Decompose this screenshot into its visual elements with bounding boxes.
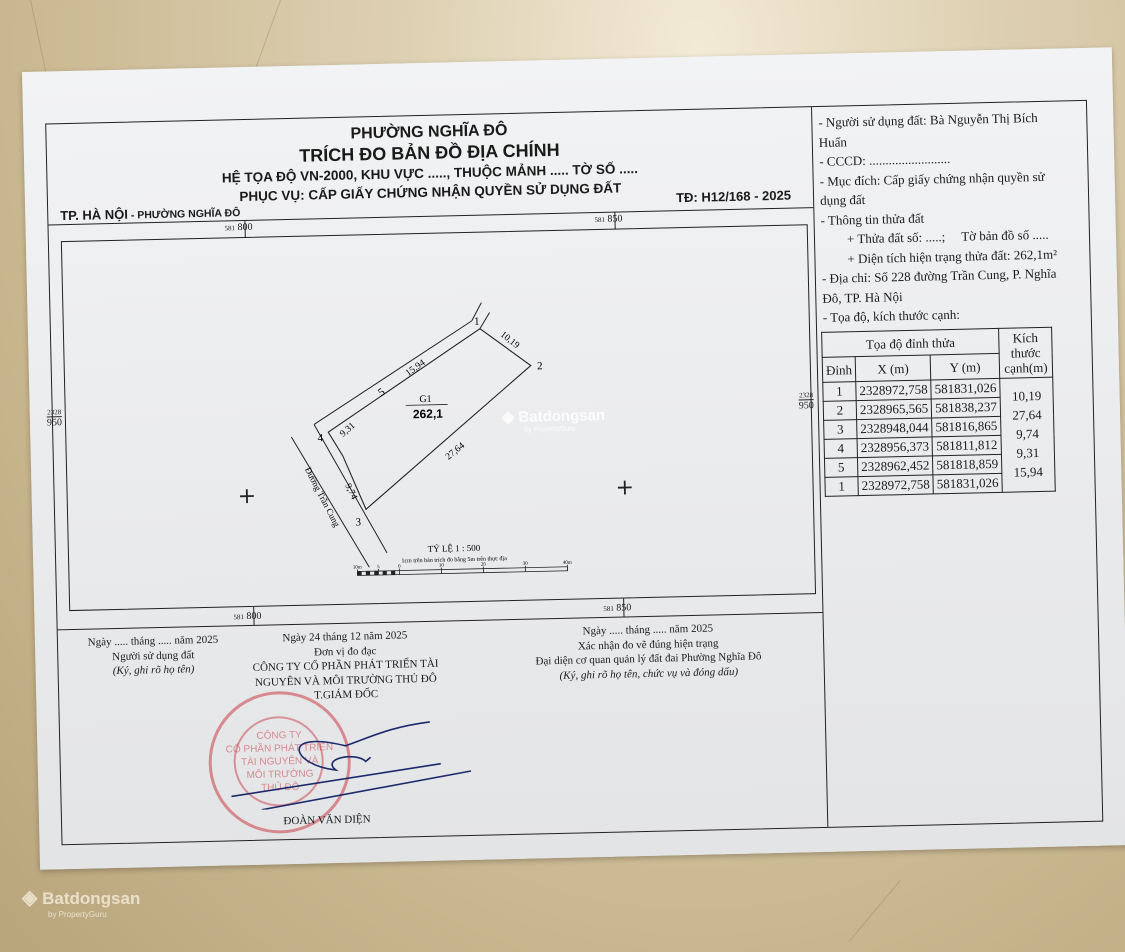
y-cell: 581818,859	[933, 454, 1002, 475]
grid-label-bottom-right: 581 850	[603, 602, 631, 614]
svg-text:0: 0	[398, 565, 401, 570]
svg-text:30: 30	[523, 562, 529, 567]
y-cell: 581831,026	[931, 378, 1000, 399]
vertex-cell: 2	[823, 401, 856, 421]
x-cell: 2328965,565	[856, 399, 932, 420]
surveyor-name: ĐOÀN VĂN DIỆN	[252, 812, 402, 830]
watermark-logo-icon: ◈	[22, 887, 37, 909]
table-row: 12328972,758581831,02610,1927,649,749,31…	[823, 377, 1053, 401]
grid-label-top-left: 581 800	[224, 222, 252, 234]
svg-text:10m: 10m	[353, 565, 362, 570]
grid-label-right: 2328950	[798, 391, 813, 411]
svg-text:262,1: 262,1	[413, 407, 444, 422]
x-cell: 2328972,758	[856, 380, 932, 401]
owner-sign-note: (Ký, ghi rõ họ tên)	[68, 661, 238, 679]
svg-text:15,94: 15,94	[404, 358, 427, 379]
col-y: Y (m)	[930, 353, 999, 380]
vertex-cell: 1	[825, 477, 858, 497]
svg-text:G1: G1	[419, 394, 431, 405]
svg-text:27,64: 27,64	[444, 441, 467, 462]
svg-text:1cm trên bản trích đo bằng 5m: 1cm trên bản trích đo bằng 5m trên thực …	[401, 555, 507, 564]
location-city: TP. HÀ NỘI	[60, 207, 128, 224]
svg-text:Đường Trần Cung: Đường Trần Cung	[303, 466, 342, 529]
vertex-label: 2	[537, 360, 543, 372]
parcel-info-panel: - Người sử dụng đất: Bà Nguyễn Thị Bích …	[818, 107, 1085, 327]
vertex-label: 1	[474, 316, 480, 328]
watermark-center: ◈ Batdongsan by PropertyGuru	[502, 405, 606, 434]
location-ward: - PHƯỜNG NGHĨA ĐÔ	[128, 207, 241, 222]
document-number: TĐ: H12/168 - 2025	[676, 188, 791, 206]
vertex-cell: 3	[824, 420, 857, 440]
x-cell: 2328962,452	[857, 456, 933, 477]
vertex-label: 3	[355, 516, 361, 528]
signature-scribble	[220, 715, 482, 811]
grid-label-left: 2328950	[47, 408, 62, 428]
vertex-label: 4	[318, 432, 324, 444]
marble-vein	[849, 880, 901, 942]
vertex-coordinate-table: Tọa độ đỉnh thửa Kích thước cạnh(m) Đỉnh…	[821, 327, 1056, 497]
x-cell: 2328948,044	[857, 418, 933, 439]
authority-signature-block: Ngày ..... tháng ..... năm 2025 Xác nhận…	[488, 619, 809, 684]
edge-length-cell: 10,1927,649,749,3115,94	[1000, 377, 1056, 492]
owner-signature-block: Ngày ..... tháng ..... năm 2025 Người sử…	[68, 632, 239, 679]
svg-text:5: 5	[377, 565, 380, 570]
map-frame: + + 1 2 3 4 5 10,19 27,64	[61, 224, 816, 611]
watermark-corner: ◈ Batdongsan by PropertyGuru	[22, 885, 140, 919]
y-cell: 581838,237	[931, 397, 1000, 418]
x-cell: 2328956,373	[857, 437, 933, 458]
svg-text:10,19: 10,19	[498, 330, 521, 351]
svg-text:40m: 40m	[563, 561, 572, 566]
vertex-cell: 1	[823, 382, 856, 402]
svg-text:20: 20	[481, 563, 487, 568]
x-cell: 2328972,758	[858, 475, 934, 496]
y-cell: 581816,865	[932, 416, 1001, 437]
document-header: PHƯỜNG NGHĨA ĐÔ TRÍCH ĐO BẢN ĐỒ ĐỊA CHÍN…	[46, 107, 813, 222]
vertex-cell: 4	[824, 439, 857, 459]
vertex-cell: 5	[824, 458, 857, 478]
grid-label-top-right: 581 850	[594, 213, 622, 225]
svg-text:TỶ LỆ 1 : 500: TỶ LỆ 1 : 500	[428, 543, 481, 554]
edge-length-header: Kích thước cạnh(m)	[999, 327, 1053, 378]
y-cell: 581831,026	[933, 473, 1002, 494]
svg-text:10: 10	[439, 564, 445, 569]
watermark-logo-icon: ◈	[502, 409, 515, 426]
cadastral-extract-sheet: PHƯỜNG NGHĨA ĐÔ TRÍCH ĐO BẢN ĐỒ ĐỊA CHÍN…	[22, 47, 1125, 870]
col-vertex: Đỉnh	[822, 357, 856, 383]
parcel-drawing: 1 2 3 4 5 10,19 27,64 9,74 9,31 15,94 G1…	[62, 225, 815, 610]
col-x: X (m)	[855, 355, 931, 382]
document-frame: PHƯỜNG NGHĨA ĐÔ TRÍCH ĐO BẢN ĐỒ ĐỊA CHÍN…	[45, 100, 1103, 845]
y-cell: 581811,812	[932, 435, 1001, 456]
grid-label-bottom-left: 581 800	[233, 611, 261, 623]
